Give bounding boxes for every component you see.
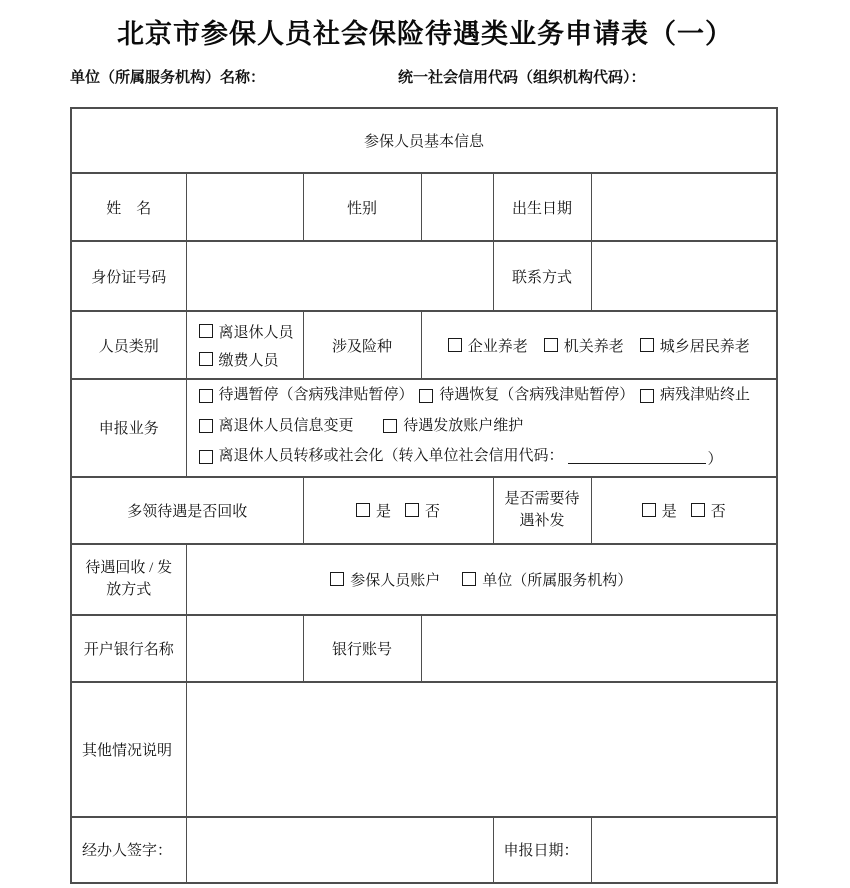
table-row-other-notes: 其他情况说明 xyxy=(71,682,777,817)
checkbox-urban-rural-pension-icon[interactable] xyxy=(640,338,654,352)
checkbox-benefit-suspend-icon[interactable] xyxy=(199,389,213,403)
handler-signature-label: 经办人签字： xyxy=(71,817,186,883)
birth-date-label: 出生日期 xyxy=(493,173,591,241)
opt-government-pension[interactable]: 机关养老 xyxy=(544,335,624,356)
opt-government-pension-label: 机关养老 xyxy=(564,335,624,356)
opt-enterprise-pension-label: 企业养老 xyxy=(468,335,528,356)
checkbox-government-pension-icon[interactable] xyxy=(544,338,558,352)
opt-unit-account[interactable]: 单位（所属服务机构） xyxy=(462,569,632,590)
opt-retiree-info-change-label: 离退休人员信息变更 xyxy=(219,413,354,440)
section-title: 参保人员基本信息 xyxy=(71,108,777,173)
category-options-cell: 离退休人员 缴费人员 xyxy=(186,311,303,379)
opt-payment-account-maintain-label: 待遇发放账户维护 xyxy=(403,413,523,440)
payment-method-options-cell: 参保人员账户 单位（所属服务机构） xyxy=(186,544,777,615)
business-options-cell: 待遇暂停（含病残津贴暂停） 待遇恢复（含病残津贴暂停） 病残津贴终止 离退休人员… xyxy=(186,379,777,477)
page-title: 北京市参保人员社会保险待遇类业务申请表（一） xyxy=(0,12,850,51)
bank-account-input-cell[interactable] xyxy=(421,615,777,682)
reissue-options-cell: 是 否 xyxy=(591,477,777,544)
table-row-id: 身份证号码 联系方式 xyxy=(71,241,777,311)
reissue-label: 是否需要待遇补发 xyxy=(493,477,591,544)
gender-input-cell[interactable] xyxy=(421,173,493,241)
other-notes-label: 其他情况说明 xyxy=(71,682,186,817)
other-notes-input-cell[interactable] xyxy=(186,682,777,817)
table-row-payment-method: 待遇回收 / 发放方式 参保人员账户 单位（所属服务机构） xyxy=(71,544,777,615)
table-row-signature: 经办人签字： 申报日期： xyxy=(71,817,777,883)
handler-signature-input-cell[interactable] xyxy=(186,817,493,883)
application-form-table: 参保人员基本信息 姓 名 性别 出生日期 身份证号码 联系方式 人员类别 xyxy=(70,107,778,884)
id-number-label: 身份证号码 xyxy=(71,241,186,311)
opt-disability-allowance-end[interactable]: 病残津贴终止 xyxy=(640,382,750,409)
opt-unit-account-label: 单位（所属服务机构） xyxy=(482,569,632,590)
name-label: 姓 名 xyxy=(71,173,186,241)
credit-code-label: 统一社会信用代码（组织机构代码）： xyxy=(398,66,646,87)
opt-retiree[interactable]: 离退休人员 xyxy=(199,321,294,342)
checkbox-recovery-yes-icon[interactable] xyxy=(356,503,370,517)
opt-payment-account-maintain[interactable]: 待遇发放账户维护 xyxy=(383,413,523,440)
opt-recovery-yes-label: 是 xyxy=(376,500,391,521)
contact-label: 联系方式 xyxy=(493,241,591,311)
bank-name-input-cell[interactable] xyxy=(186,615,303,682)
declaration-date-label: 申报日期： xyxy=(493,817,591,883)
insurance-options-cell: 企业养老 机关养老 城乡居民养老 xyxy=(421,311,777,379)
opt-recovery-no-label: 否 xyxy=(425,500,440,521)
bank-name-label: 开户银行名称 xyxy=(71,615,186,682)
opt-reissue-no[interactable]: 否 xyxy=(691,500,726,521)
checkbox-insured-account-icon[interactable] xyxy=(330,572,344,586)
table-row-section-title: 参保人员基本信息 xyxy=(71,108,777,173)
business-line-2: 离退休人员信息变更 待遇发放账户维护 xyxy=(199,413,773,444)
opt-benefit-suspend[interactable]: 待遇暂停（含病残津贴暂停） xyxy=(199,382,414,409)
contact-input-cell[interactable] xyxy=(591,241,777,311)
opt-contributor[interactable]: 缴费人员 xyxy=(199,349,279,370)
payment-method-label: 待遇回收 / 发放方式 xyxy=(71,544,186,615)
opt-insured-account[interactable]: 参保人员账户 xyxy=(330,569,440,590)
checkbox-disability-allowance-end-icon[interactable] xyxy=(640,389,654,403)
opt-recovery-yes[interactable]: 是 xyxy=(356,500,391,521)
business-line-1: 待遇暂停（含病残津贴暂停） 待遇恢复（含病残津贴暂停） 病残津贴终止 xyxy=(199,382,773,413)
declaration-date-input-cell[interactable] xyxy=(591,817,777,883)
table-row-bank: 开户银行名称 银行账号 xyxy=(71,615,777,682)
checkbox-unit-account-icon[interactable] xyxy=(462,572,476,586)
opt-urban-rural-pension-label: 城乡居民养老 xyxy=(660,335,750,356)
application-form-page: 北京市参保人员社会保险待遇类业务申请表（一） 单位（所属服务机构）名称： 统一社… xyxy=(0,0,850,888)
checkbox-payment-account-maintain-icon[interactable] xyxy=(383,419,397,433)
opt-reissue-yes[interactable]: 是 xyxy=(642,500,677,521)
recovery-label: 多领待遇是否回收 xyxy=(71,477,303,544)
gender-label: 性别 xyxy=(303,173,421,241)
recovery-options-cell: 是 否 xyxy=(303,477,493,544)
business-line-3: 离退休人员转移或社会化（转入单位社会信用代码： ） xyxy=(199,443,773,474)
opt-insured-account-label: 参保人员账户 xyxy=(350,569,440,590)
business-label: 申报业务 xyxy=(71,379,186,477)
table-row-recovery: 多领待遇是否回收 是 否 是否需要待遇补发 xyxy=(71,477,777,544)
checkbox-retiree-transfer-icon[interactable] xyxy=(199,450,213,464)
opt-benefit-suspend-label: 待遇暂停（含病残津贴暂停） xyxy=(219,382,414,409)
opt-retiree-transfer[interactable]: 离退休人员转移或社会化（转入单位社会信用代码： xyxy=(199,443,564,470)
opt-contributor-label: 缴费人员 xyxy=(219,349,279,370)
opt-retiree-info-change[interactable]: 离退休人员信息变更 xyxy=(199,413,354,440)
checkbox-retiree-info-change-icon[interactable] xyxy=(199,419,213,433)
checkbox-reissue-no-icon[interactable] xyxy=(691,503,705,517)
opt-enterprise-pension[interactable]: 企业养老 xyxy=(448,335,528,356)
unit-name-label: 单位（所属服务机构）名称： xyxy=(70,66,265,87)
opt-retiree-label: 离退休人员 xyxy=(219,321,294,342)
bank-account-label: 银行账号 xyxy=(303,615,421,682)
opt-recovery-no[interactable]: 否 xyxy=(405,500,440,521)
opt-reissue-no-label: 否 xyxy=(711,500,726,521)
table-row-category: 人员类别 离退休人员 缴费人员 涉及险种 xyxy=(71,311,777,379)
name-input-cell[interactable] xyxy=(186,173,303,241)
form-header-labels: 单位（所属服务机构）名称： 统一社会信用代码（组织机构代码）： xyxy=(0,66,850,88)
opt-benefit-resume[interactable]: 待遇恢复（含病残津贴暂停） xyxy=(419,382,634,409)
insurance-type-label: 涉及险种 xyxy=(303,311,421,379)
opt-benefit-resume-label: 待遇恢复（含病残津贴暂停） xyxy=(439,382,634,409)
opt-retiree-transfer-label: 离退休人员转移或社会化（转入单位社会信用代码： xyxy=(219,443,564,470)
opt-retiree-transfer-suffix: ） xyxy=(708,452,723,468)
opt-disability-allowance-end-label: 病残津贴终止 xyxy=(660,382,750,409)
opt-urban-rural-pension[interactable]: 城乡居民养老 xyxy=(640,335,750,356)
table-row-business: 申报业务 待遇暂停（含病残津贴暂停） 待遇恢复（含病残津贴暂停） 病残津贴终止 xyxy=(71,379,777,477)
opt-reissue-yes-label: 是 xyxy=(662,500,677,521)
credit-code-fill-line[interactable] xyxy=(568,459,706,464)
checkbox-reissue-yes-icon[interactable] xyxy=(642,503,656,517)
checkbox-benefit-resume-icon[interactable] xyxy=(419,389,433,403)
checkbox-contributor-icon[interactable] xyxy=(199,352,213,366)
table-row-name: 姓 名 性别 出生日期 xyxy=(71,173,777,241)
checkbox-retiree-icon[interactable] xyxy=(199,324,213,338)
checkbox-recovery-no-icon[interactable] xyxy=(405,503,419,517)
birth-date-input-cell[interactable] xyxy=(591,173,777,241)
category-label: 人员类别 xyxy=(71,311,186,379)
checkbox-enterprise-pension-icon[interactable] xyxy=(448,338,462,352)
id-number-input-cell[interactable] xyxy=(186,241,493,311)
